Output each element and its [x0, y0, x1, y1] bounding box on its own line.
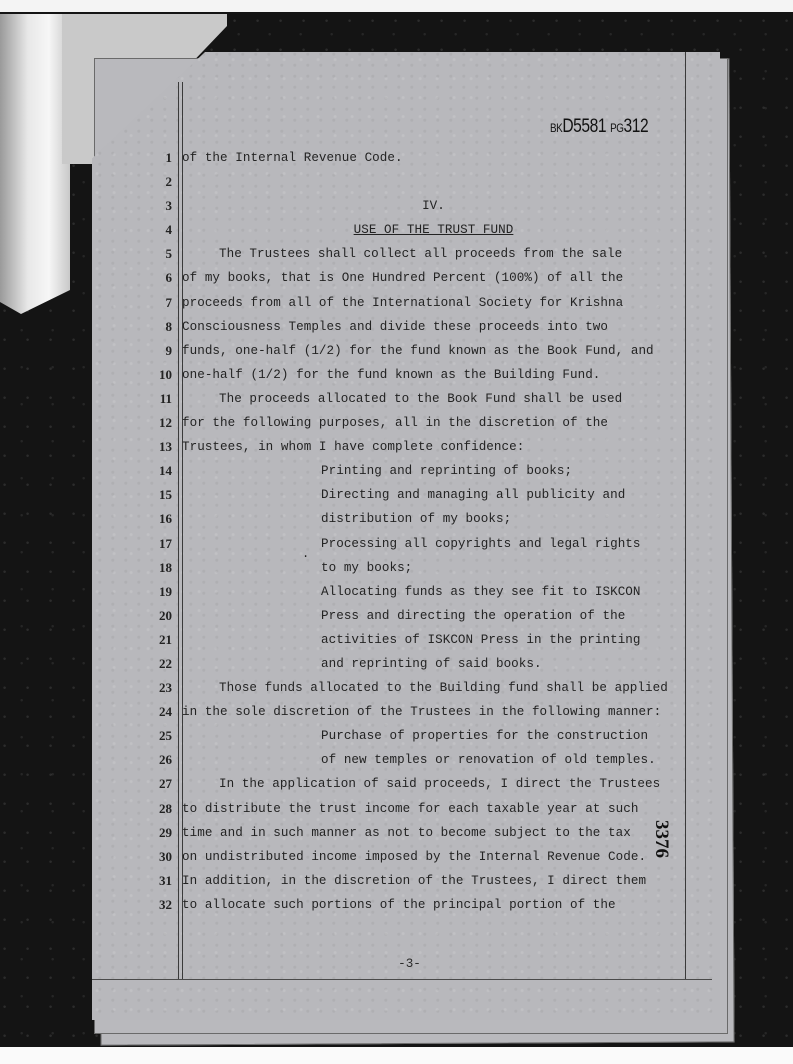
document-line: 25Purchase of properties for the constru…: [92, 724, 692, 748]
document-line: 24in the sole discretion of the Trustees…: [92, 700, 692, 724]
document-line: 22and reprinting of said books.: [92, 652, 692, 676]
document-line: 31In addition, in the discretion of the …: [92, 869, 692, 893]
document-line: 13Trustees, in whom I have complete conf…: [92, 435, 692, 459]
document-line: 8Consciousness Temples and divide these …: [92, 315, 692, 339]
document-line: 10one-half (1/2) for the fund known as t…: [92, 363, 692, 387]
stray-mark: .: [302, 547, 309, 561]
line-text: Printing and reprinting of books;: [321, 459, 572, 483]
stamp-book-prefix: BK: [550, 121, 562, 135]
numbered-lines: 1of the Internal Revenue Code.23IV.4USE …: [92, 146, 692, 917]
line-text: of my books, that is One Hundred Percent…: [182, 266, 623, 290]
line-number: 20: [142, 604, 172, 628]
document-line: 14Printing and reprinting of books;: [92, 459, 692, 483]
line-number: 30: [142, 845, 172, 869]
line-text: Consciousness Temples and divide these p…: [182, 315, 608, 339]
document-line: 12for the following purposes, all in the…: [92, 411, 692, 435]
line-number: 11: [142, 387, 172, 411]
line-text: The Trustees shall collect all proceeds …: [219, 242, 622, 266]
document-line: 21activities of ISKCON Press in the prin…: [92, 628, 692, 652]
line-number: 9: [142, 339, 172, 363]
line-text: of new temples or renovation of old temp…: [321, 748, 656, 772]
line-text: of the Internal Revenue Code.: [182, 146, 403, 170]
line-number: 22: [142, 652, 172, 676]
line-number: 19: [142, 580, 172, 604]
line-text: The proceeds allocated to the Book Fund …: [219, 387, 622, 411]
document-page: BKD5581 PG312 3376 1of the Internal Reve…: [92, 52, 720, 1020]
stamp-book-number: D5581: [562, 116, 606, 137]
document-line: 30on undistributed income imposed by the…: [92, 845, 692, 869]
line-number: 16: [142, 507, 172, 531]
stamp-page-number: 312: [624, 116, 649, 137]
line-number: 24: [142, 700, 172, 724]
document-line: 18to my books;: [92, 556, 692, 580]
line-text: Purchase of properties for the construct…: [321, 724, 648, 748]
section-heading: USE OF THE TRUST FUND: [92, 218, 775, 242]
recording-stamp: BKD5581 PG312: [550, 116, 648, 138]
document-line: 23Those funds allocated to the Building …: [92, 676, 692, 700]
line-text: activities of ISKCON Press in the printi…: [321, 628, 641, 652]
line-text: one-half (1/2) for the fund known as the…: [182, 363, 600, 387]
line-text: distribution of my books;: [321, 507, 511, 531]
line-text: In the application of said proceeds, I d…: [219, 772, 660, 796]
binder-flap: [0, 14, 70, 314]
document-line: 16distribution of my books;: [92, 507, 692, 531]
line-number: 14: [142, 459, 172, 483]
bottom-margin-rule: [92, 979, 712, 980]
document-line: 17Processing all copyrights and legal ri…: [92, 532, 692, 556]
line-number: 5: [142, 242, 172, 266]
line-text: time and in such manner as not to become…: [182, 821, 631, 845]
line-text: Trustees, in whom I have complete confid…: [182, 435, 524, 459]
line-number: 2: [142, 170, 172, 194]
line-number: 27: [142, 772, 172, 796]
document-line: 20Press and directing the operation of t…: [92, 604, 692, 628]
section-number: IV.: [92, 194, 775, 218]
document-line: 5The Trustees shall collect all proceeds…: [92, 242, 692, 266]
document-line: 6of my books, that is One Hundred Percen…: [92, 266, 692, 290]
line-number: 21: [142, 628, 172, 652]
line-text: to allocate such portions of the princip…: [182, 893, 616, 917]
line-text: Allocating funds as they see fit to ISKC…: [321, 580, 641, 604]
line-number: 1: [142, 146, 172, 170]
document-line: 19Allocating funds as they see fit to IS…: [92, 580, 692, 604]
document-line: 11The proceeds allocated to the Book Fun…: [92, 387, 692, 411]
document-line: 29time and in such manner as not to beco…: [92, 821, 692, 845]
line-text: Press and directing the operation of the: [321, 604, 625, 628]
line-text: for the following purposes, all in the d…: [182, 411, 608, 435]
line-number: 17: [142, 532, 172, 556]
line-number: 18: [142, 556, 172, 580]
line-number: 23: [142, 676, 172, 700]
document-line: 28to distribute the trust income for eac…: [92, 797, 692, 821]
line-text: proceeds from all of the International S…: [182, 291, 623, 315]
line-number: 8: [142, 315, 172, 339]
line-number: 15: [142, 483, 172, 507]
document-line: 27In the application of said proceeds, I…: [92, 772, 692, 796]
line-number: 13: [142, 435, 172, 459]
line-number: 25: [142, 724, 172, 748]
document-line: 4USE OF THE TRUST FUND: [92, 218, 692, 242]
document-line: 2: [92, 170, 692, 194]
line-number: 10: [142, 363, 172, 387]
line-number: 26: [142, 748, 172, 772]
stamp-page-prefix: PG: [610, 121, 623, 135]
line-number: 6: [142, 266, 172, 290]
line-text: Those funds allocated to the Building fu…: [219, 676, 668, 700]
line-text: on undistributed income imposed by the I…: [182, 845, 646, 869]
document-line: 3IV.: [92, 194, 692, 218]
line-text: in the sole discretion of the Trustees i…: [182, 700, 661, 724]
line-text: to my books;: [321, 556, 412, 580]
line-text: In addition, in the discretion of the Tr…: [182, 869, 646, 893]
line-text: Processing all copyrights and legal righ…: [321, 532, 641, 556]
document-line: 26of new temples or renovation of old te…: [92, 748, 692, 772]
document-line: 15Directing and managing all publicity a…: [92, 483, 692, 507]
line-text: to distribute the trust income for each …: [182, 797, 638, 821]
line-text: Directing and managing all publicity and: [321, 483, 625, 507]
line-text: and reprinting of said books.: [321, 652, 542, 676]
scan-bottom-margin: [0, 1047, 793, 1064]
line-number: 12: [142, 411, 172, 435]
line-text: funds, one-half (1/2) for the fund known…: [182, 339, 654, 363]
line-number: 29: [142, 821, 172, 845]
document-line: 7proceeds from all of the International …: [92, 291, 692, 315]
document-line: 9funds, one-half (1/2) for the fund know…: [92, 339, 692, 363]
page-number: -3-: [92, 957, 727, 971]
line-number: 7: [142, 291, 172, 315]
line-number: 31: [142, 869, 172, 893]
document-line: 1of the Internal Revenue Code.: [92, 146, 692, 170]
line-number: 32: [142, 893, 172, 917]
document-line: 32to allocate such portions of the princ…: [92, 893, 692, 917]
line-number: 28: [142, 797, 172, 821]
